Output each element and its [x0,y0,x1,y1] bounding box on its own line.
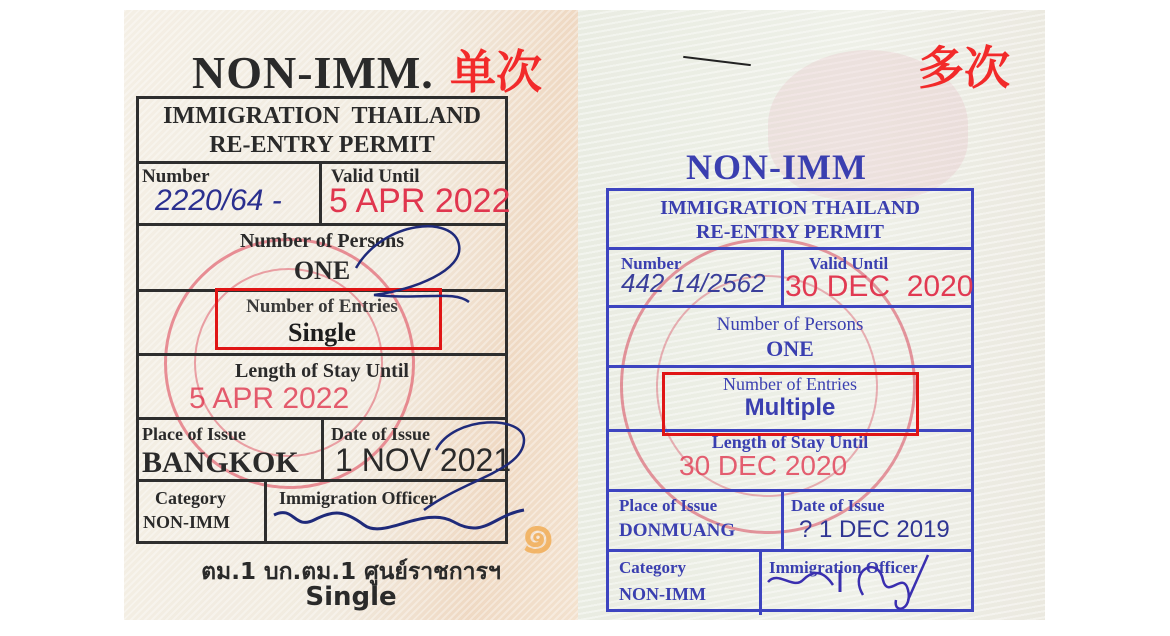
multiple-entry-permit-photo: 多次 NON-IMM IMMIGRATION THAILAND RE-ENTRY… [578,10,1045,620]
single-entry-permit-photo: ๑ NON-IMM. 单次 IMMIGRATION THAILAND RE-EN… [124,10,578,620]
officer-signature [578,10,1045,620]
officer-signature [124,10,578,620]
